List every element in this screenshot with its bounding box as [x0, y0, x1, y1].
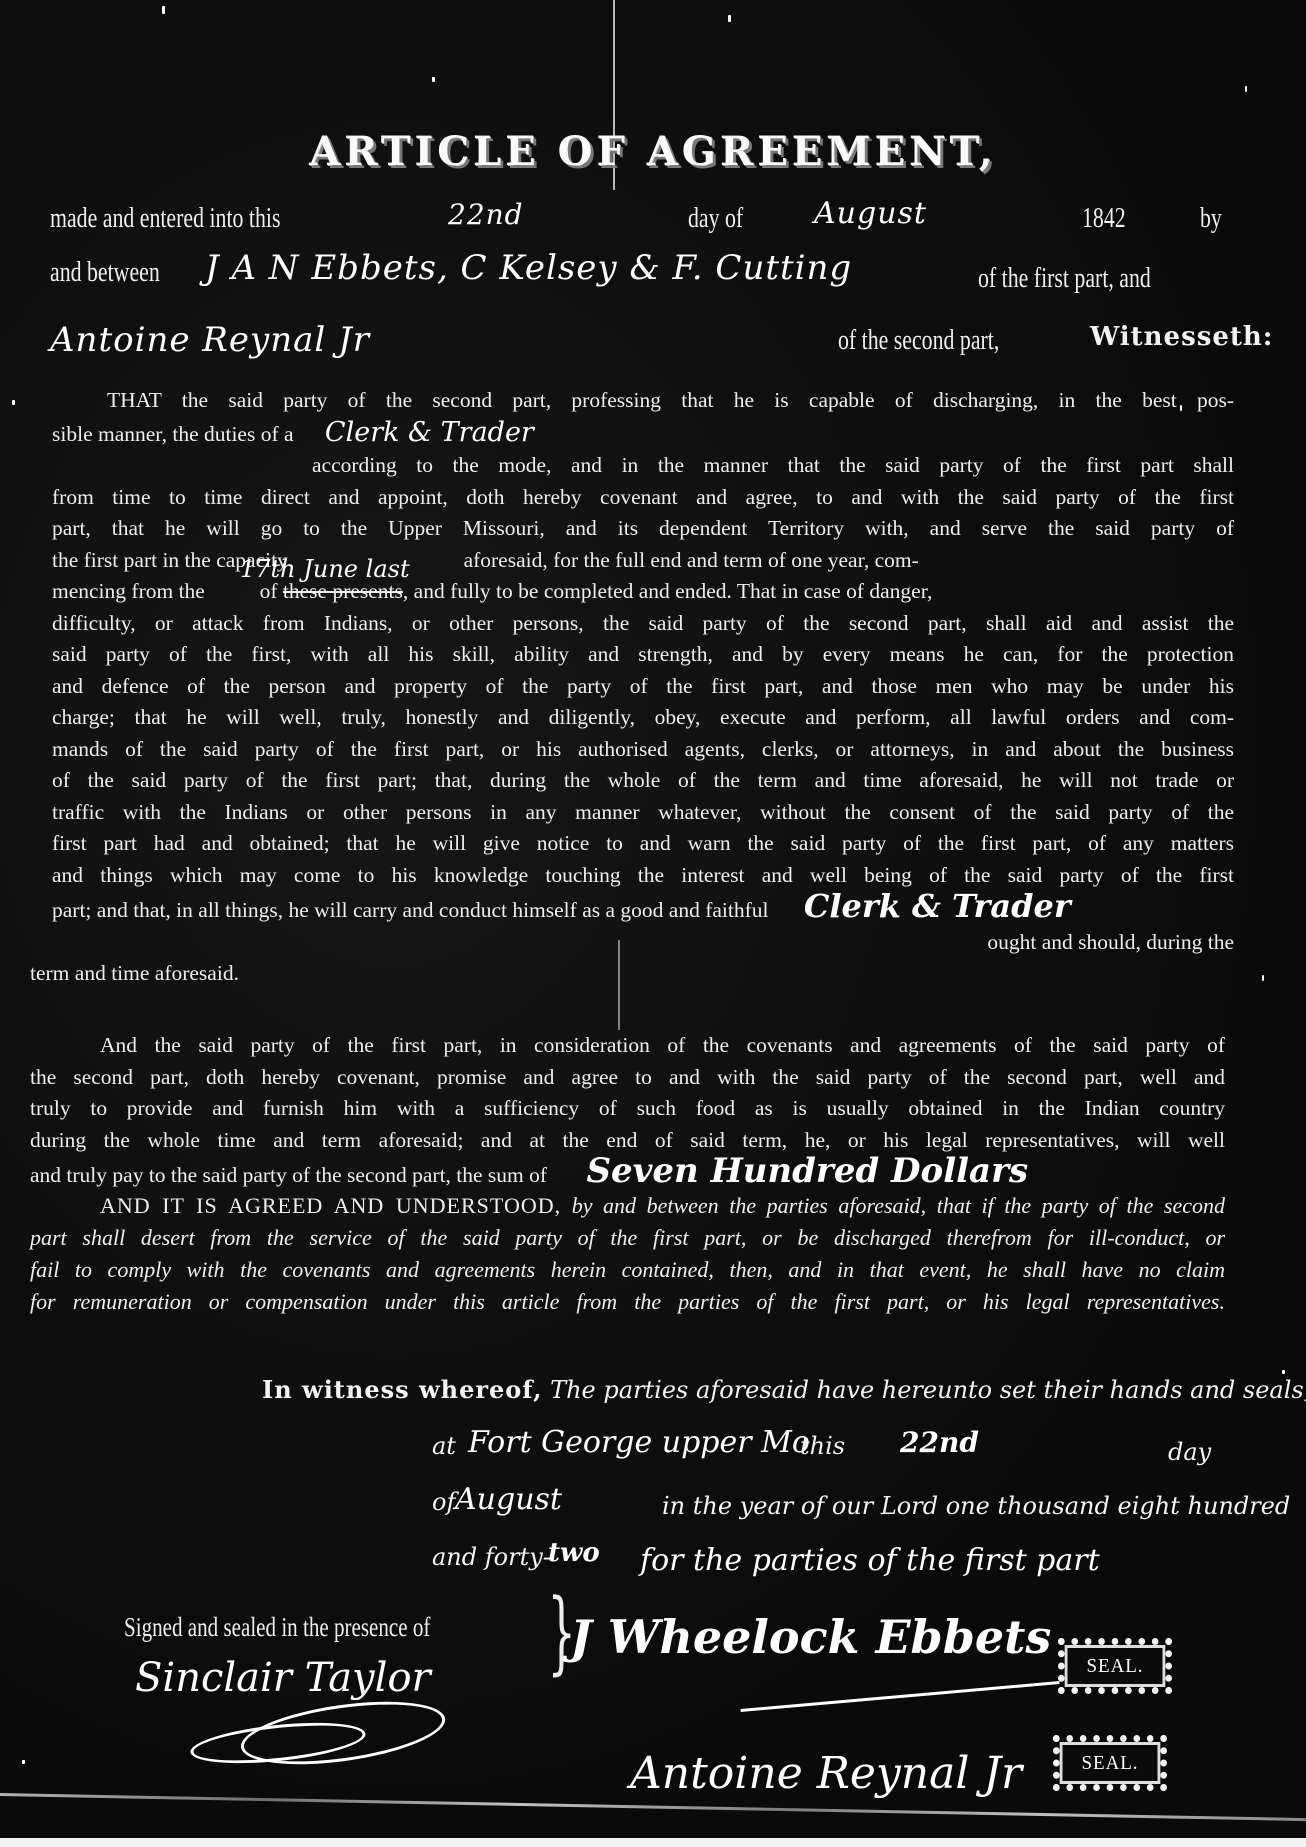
text-line: and defence of the person and property o…: [52, 671, 1234, 703]
second-part-label: of the second part,: [838, 325, 999, 357]
agreement-month-field: August: [814, 196, 927, 231]
duties-field: Clerk & Trader: [325, 417, 534, 448]
witness-year-field: two: [548, 1538, 600, 1568]
between-label: and between: [50, 257, 160, 289]
text-line: traffic with the Indians or other person…: [52, 797, 1234, 829]
speck: [1245, 86, 1247, 92]
text-line: the first part in the capacity aforesaid…: [52, 545, 1234, 577]
speck: [1180, 405, 1182, 411]
speck: [162, 6, 165, 14]
text-line: the second part, doth hereby covenant, p…: [30, 1062, 1225, 1094]
day-label: day: [1168, 1438, 1211, 1466]
place-field: Fort George upper Mo: [468, 1425, 810, 1460]
speck: [432, 77, 435, 82]
text-line: truly to provide and furnish him with a …: [30, 1093, 1225, 1125]
witness-day-field: 22nd: [900, 1426, 979, 1459]
text-line: part shall desert from the service of th…: [30, 1222, 1225, 1254]
text-line: and truly pay to the said party of the s…: [30, 1156, 1225, 1192]
text-line: THAT the said party of the second part, …: [52, 385, 1234, 417]
speck: [1282, 1370, 1285, 1374]
this-label: this: [800, 1432, 845, 1460]
and-forty-label: and forty-: [432, 1543, 551, 1571]
text-line: of the said party of the first part; tha…: [52, 765, 1234, 797]
agreement-day-field: 22nd: [448, 198, 524, 231]
page-bottom-edge: [0, 1838, 1306, 1847]
text-line: ought and should, during the: [52, 927, 1234, 959]
text-line: according to the mode, and in the manner…: [52, 450, 1234, 482]
speck: [22, 1760, 25, 1764]
seal-box-second-party: SEAL.: [1053, 1735, 1167, 1791]
text-line: difficulty, or attack from Indians, or o…: [52, 608, 1234, 640]
second-party-signature: Antoine Reynal Jr: [630, 1748, 1022, 1799]
witness-month-field: August: [455, 1482, 562, 1517]
text-line: charge; that he will well, truly, honest…: [52, 702, 1234, 734]
text-line: term and time aforesaid.: [30, 958, 1234, 990]
first-part-label: of the first part, and: [978, 263, 1151, 295]
year-text: in the year of our Lord one thousand eig…: [662, 1492, 1290, 1520]
text-line: from time to time direct and appoint, do…: [52, 482, 1234, 514]
speck: [12, 400, 15, 405]
agreement-year-field: 1842: [1082, 203, 1126, 235]
made-entered-label: made and entered into this: [50, 203, 280, 235]
text-line: mencing from the 17th June last of these…: [52, 576, 1234, 608]
text-line: for remuneration or compensation under t…: [30, 1286, 1225, 1318]
document-title: ARTICLE OF AGREEMENT,: [0, 128, 1306, 175]
witness-clause: In witness whereof, The parties aforesai…: [262, 1375, 1306, 1404]
of-label: of: [432, 1488, 455, 1516]
presence-label: Signed and sealed in the presence of: [124, 1612, 430, 1643]
witnesseth-label: Witnesseth:: [1090, 322, 1273, 352]
speck: [728, 15, 731, 22]
first-part-note: for the parties of the first part: [640, 1543, 1100, 1578]
by-label: by: [1200, 203, 1222, 235]
text-line: first part had and obtained; that he wil…: [52, 828, 1234, 860]
text-line: sible manner, the duties of a Clerk & Tr…: [52, 417, 1234, 451]
seal-box-first-party: SEAL.: [1058, 1638, 1172, 1694]
text-line: AND IT IS AGREED AND UNDERSTOOD, by and …: [30, 1190, 1225, 1222]
paragraph-desertion-clause: AND IT IS AGREED AND UNDERSTOOD, by and …: [30, 1190, 1225, 1318]
speck: [1262, 975, 1264, 981]
witness-signature: Sinclair Taylor: [135, 1655, 431, 1701]
at-label: at: [432, 1432, 456, 1460]
first-party-signature: J Wheelock Ebbets: [570, 1610, 1051, 1664]
second-party-field: Antoine Reynal Jr: [50, 320, 370, 360]
text-line: And the said party of the first part, in…: [30, 1030, 1225, 1062]
text-line: part, that he will go to the Upper Misso…: [52, 513, 1234, 545]
day-of-label: day of: [688, 203, 743, 235]
paragraph-compensation: And the said party of the first part, in…: [30, 1030, 1225, 1192]
paragraph-services: THAT the said party of the second part, …: [52, 385, 1234, 990]
document-page: ARTICLE OF AGREEMENT, made and entered i…: [0, 0, 1306, 1847]
sum-field: Seven Hundred Dollars: [586, 1151, 1028, 1191]
first-party-field: J A N Ebbets, C Kelsey & F. Cutting: [205, 248, 852, 288]
signature-underline: [740, 1681, 1059, 1712]
commencing-date-field: 17th June last: [240, 554, 410, 586]
text-line: said party of the first, with all his sk…: [52, 639, 1234, 671]
text-line: fail to comply with the covenants and ag…: [30, 1254, 1225, 1286]
text-line: mands of the said party of the first par…: [52, 734, 1234, 766]
text-line: part; and that, in all things, he will c…: [52, 891, 1234, 927]
faithful-role-field: Clerk & Trader: [804, 887, 1071, 925]
